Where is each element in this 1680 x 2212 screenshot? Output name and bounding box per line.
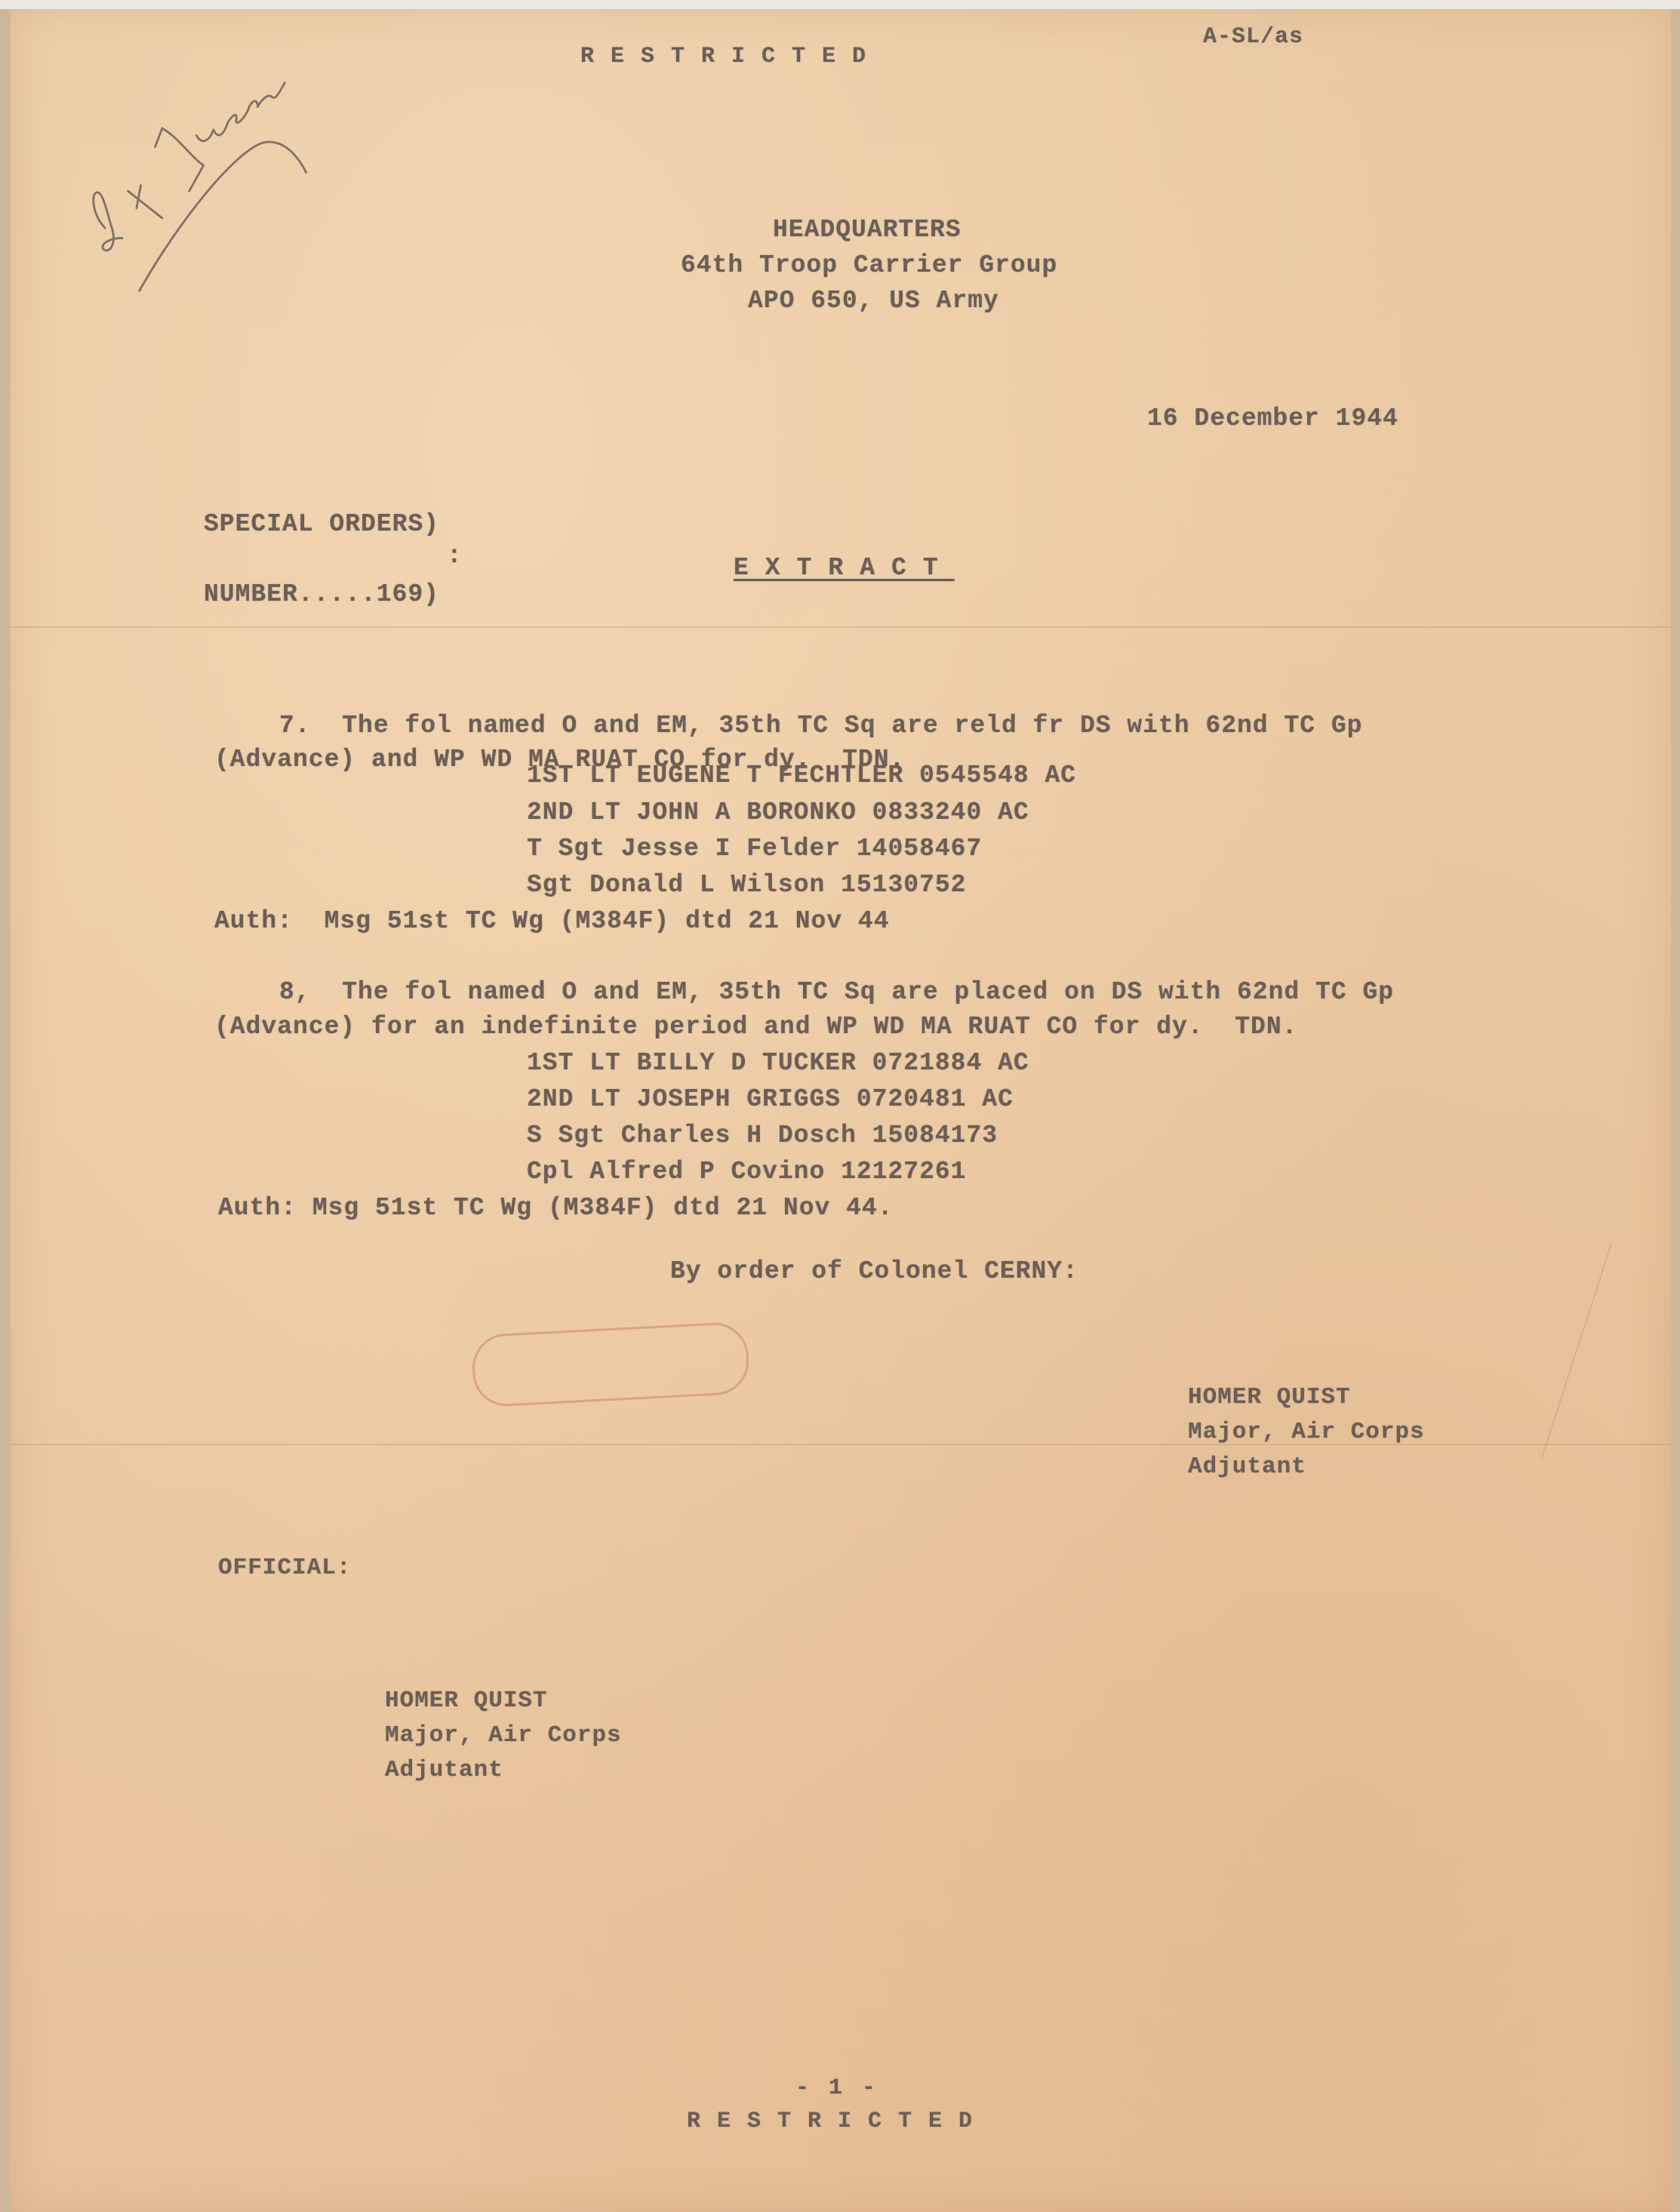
personnel-entry: 2ND LT JOSEPH GRIGGS 0720481 AC: [527, 1087, 1014, 1112]
paragraph-8-line1: 8, The fol named O and EM, 35th TC Sq ar…: [279, 980, 1394, 1004]
document-date: 16 December 1944: [1147, 406, 1398, 431]
paperclip-rust-stain: [471, 1321, 751, 1407]
header-address: APO 650, US Army: [748, 288, 999, 313]
reference-code: A-SL/as: [1203, 26, 1303, 48]
official-title: Adjutant: [385, 1758, 503, 1782]
personnel-entry: Sgt Donald L Wilson 15130752: [527, 872, 967, 897]
paragraph-8-line2: (Advance) for an indefinite period and W…: [214, 1014, 1297, 1039]
personnel-entry: 1ST LT BILLY D TUCKER 0721884 AC: [527, 1051, 1029, 1075]
personnel-entry: Cpl Alfred P Covino 12127261: [527, 1159, 967, 1184]
personnel-entry: S Sgt Charles H Dosch 15084173: [527, 1123, 998, 1148]
page-number: - 1 -: [795, 2077, 878, 2100]
paragraph-7-authority: Auth: Msg 51st TC Wg (M384F) dtd 21 Nov …: [214, 909, 890, 934]
header-unit: 64th Troop Carrier Group: [681, 253, 1057, 278]
extract-title: EXTRACT: [734, 555, 955, 580]
header-headquarters: HEADQUARTERS: [773, 217, 962, 242]
svg-text:Lt Tucker: Lt Tucker: [71, 51, 75, 52]
special-orders-colon: :: [447, 543, 463, 568]
classification-top: RESTRICTED: [580, 45, 882, 68]
paragraph-8-authority: Auth: Msg 51st TC Wg (M384F) dtd 21 Nov …: [218, 1195, 894, 1220]
handwritten-note-lt-tucker: Lt Tucker: [71, 51, 328, 308]
paragraph-7-line1: 7. The fol named O and EM, 35th TC Sq ar…: [279, 713, 1362, 738]
signatory-rank: Major, Air Corps: [1188, 1420, 1425, 1444]
personnel-entry: 2ND LT JOHN A BORONKO 0833240 AC: [527, 800, 1029, 825]
official-rank: Major, Air Corps: [385, 1724, 622, 1747]
paper-crease: [1540, 1244, 1612, 1460]
classification-bottom: RESTRICTED: [687, 2110, 989, 2133]
personnel-entry: T Sgt Jesse I Felder 14058467: [527, 836, 982, 861]
document-page: Lt Tucker RESTRICTED A-SL/as HEADQUARTER…: [11, 6, 1671, 2212]
special-orders-number: NUMBER.....169): [204, 582, 439, 607]
special-orders-label: SPECIAL ORDERS): [204, 512, 439, 537]
signatory-title: Adjutant: [1188, 1455, 1306, 1478]
fold-line: [11, 626, 1671, 628]
official-name: HOMER QUIST: [385, 1689, 548, 1712]
by-order-line: By order of Colonel CERNY:: [670, 1259, 1078, 1284]
official-label: OFFICIAL:: [218, 1556, 351, 1580]
personnel-entry: 1ST LT EUGENE T FECHTLER 0545548 AC: [527, 763, 1076, 788]
signatory-name: HOMER QUIST: [1188, 1386, 1351, 1409]
